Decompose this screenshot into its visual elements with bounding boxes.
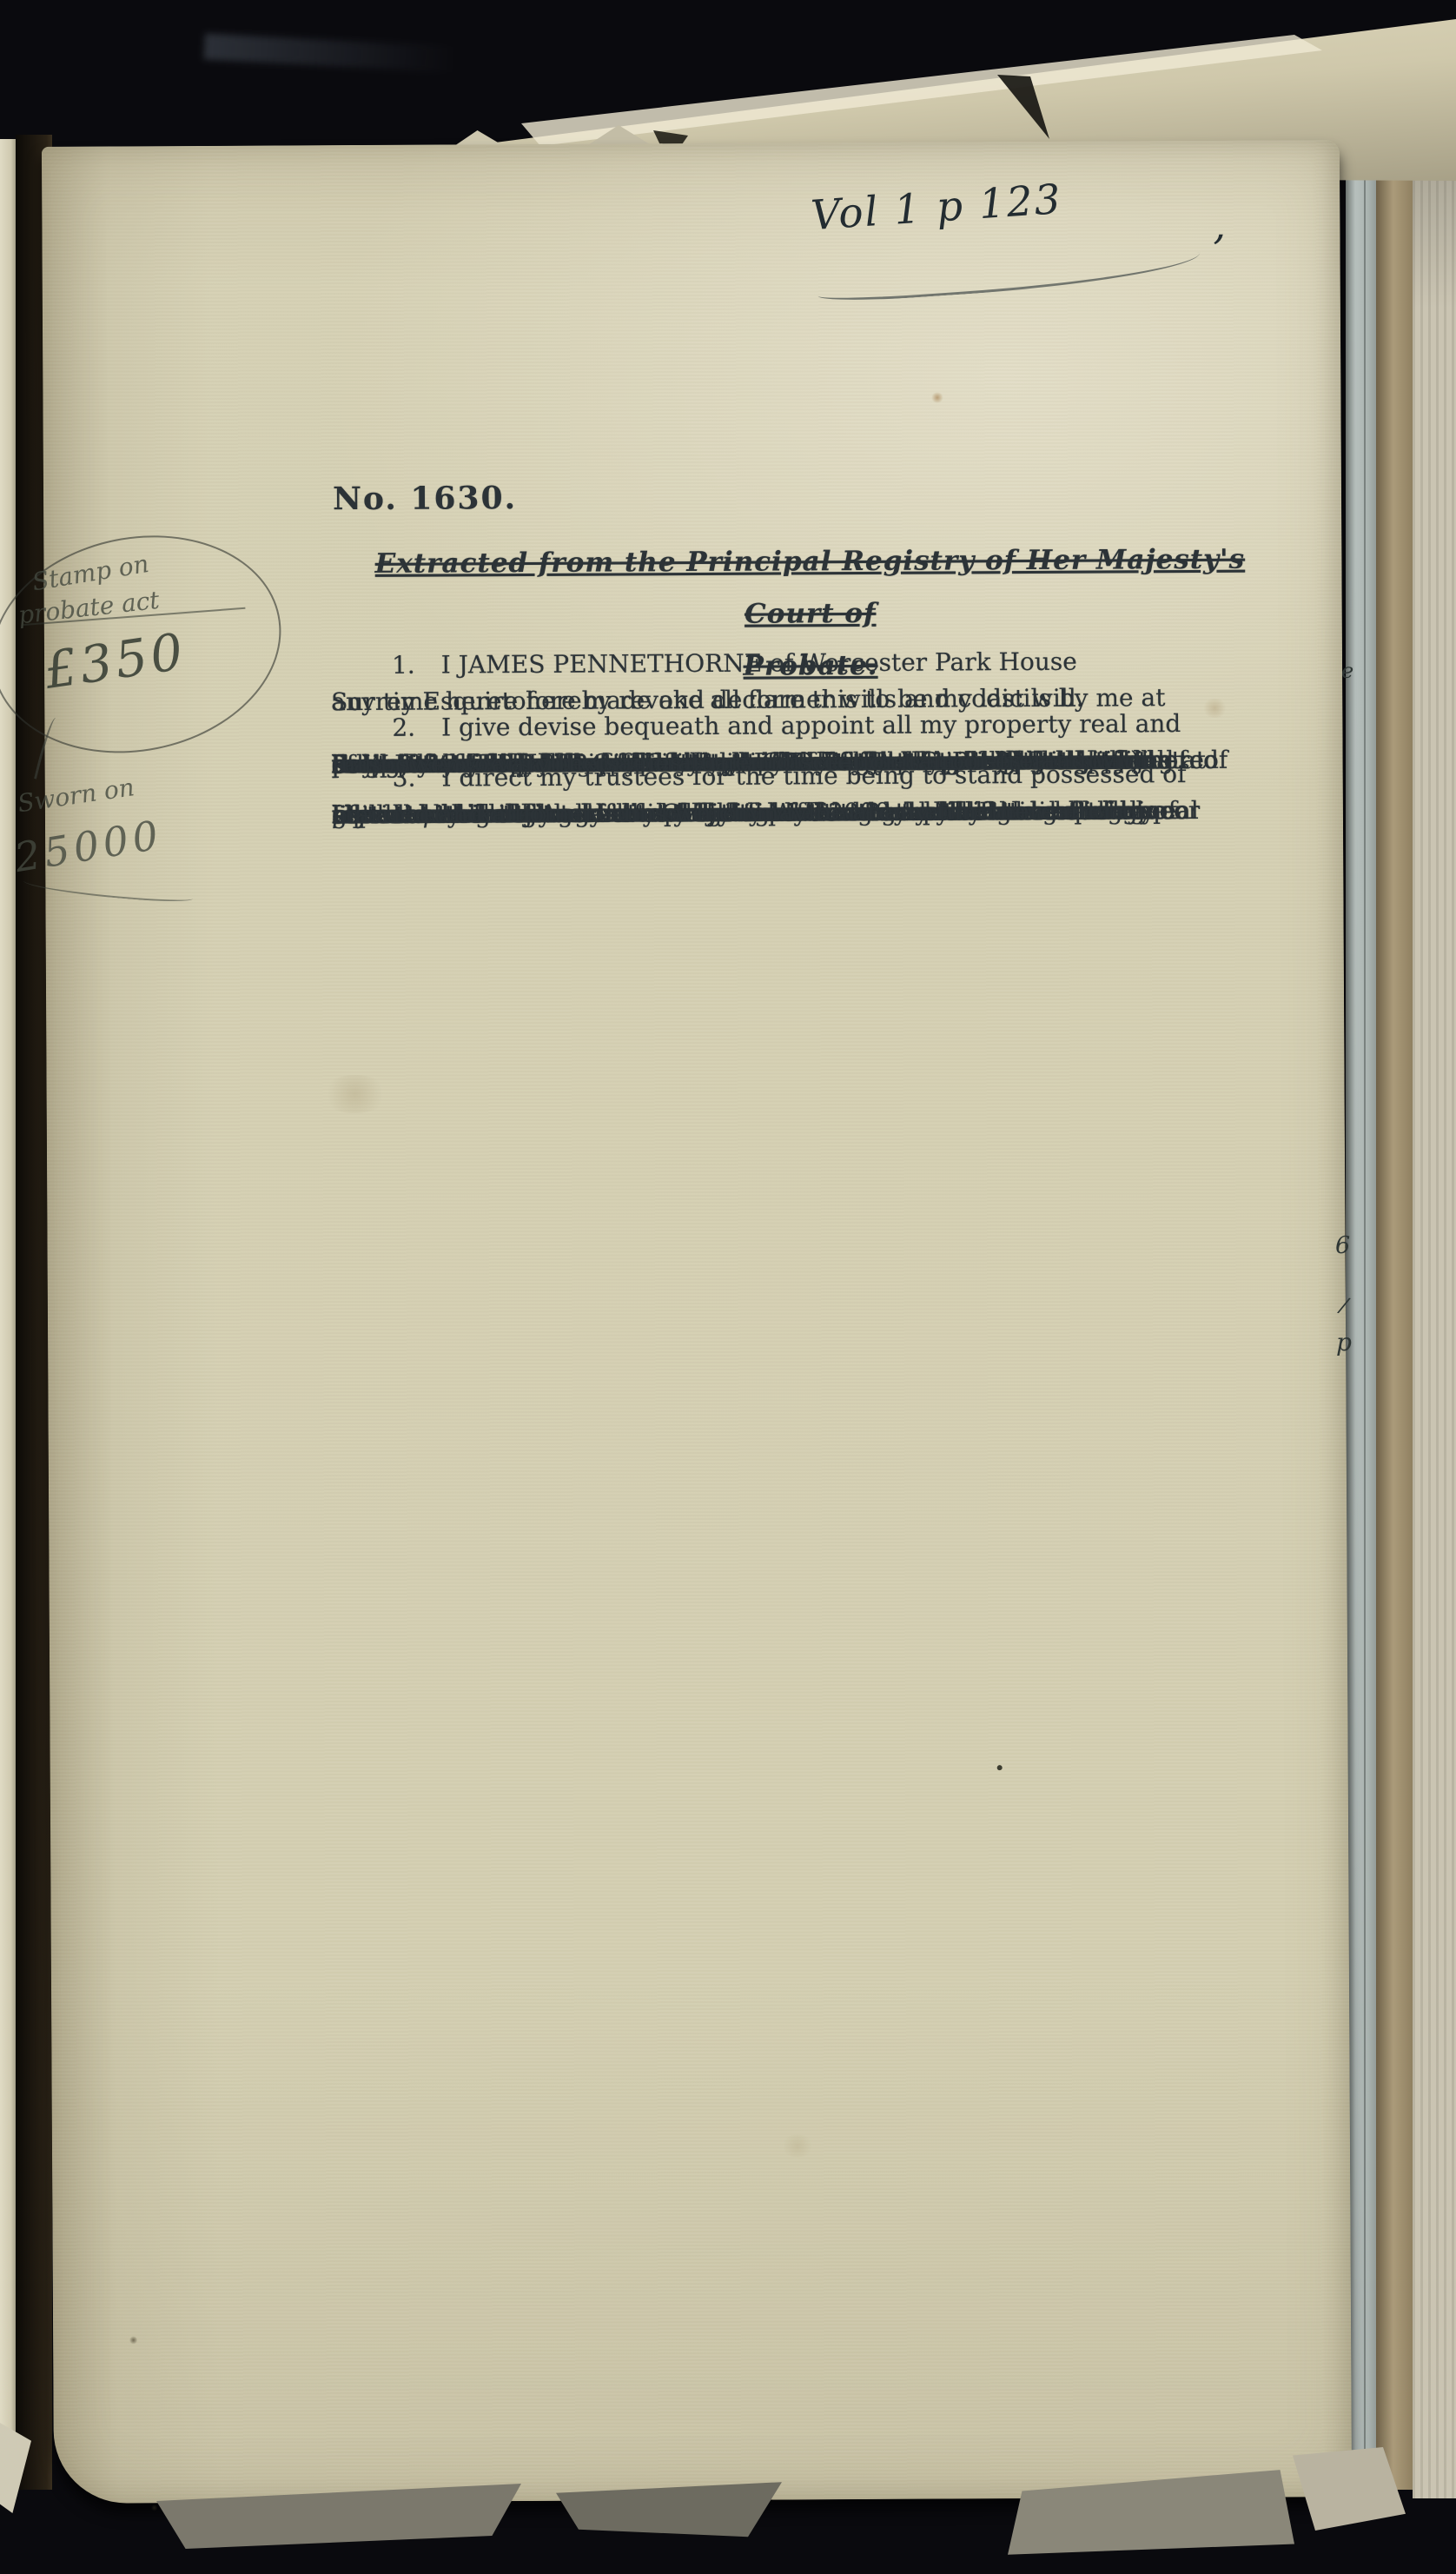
will-document-page: Vol 1 p 123 , Stamp on probate act £350 … (42, 140, 1352, 2504)
paper-speck (997, 1765, 1003, 1770)
paper-speck (129, 2336, 137, 2344)
edge-mark-p: p (1336, 1328, 1352, 1357)
scan-glare (203, 33, 456, 72)
text-segment: I give devise bequeath and appoint all m… (441, 706, 1181, 746)
text-segment: I direct my trustees for the time being … (441, 756, 1186, 796)
handwritten-comma: , (1213, 202, 1226, 249)
edge-mark-e: e (1341, 659, 1353, 683)
edge-mark-6: 6 (1335, 1232, 1350, 1259)
scanned-will-page: Vol 1 p 123 , Stamp on probate act £350 … (0, 0, 1456, 2574)
will-body-text: 1.I JAMES PENNETHORNE of Worcester Park … (331, 642, 1287, 797)
right-page-edge-tan (1376, 96, 1414, 2490)
paragraph-number: 1. (392, 651, 415, 680)
text-line: 1.I JAMES PENNETHORNE of Worcester Park … (331, 642, 1287, 684)
text-line: 2.I give devise bequeath and appoint all… (331, 705, 1287, 746)
paper-stain (321, 1075, 390, 1113)
right-cover-texture (1413, 30, 1456, 2498)
paragraph-3: 3.I direct my trustees for the time bein… (332, 755, 1287, 797)
paper-stain (930, 392, 943, 402)
paragraph-2: 2.I give devise bequeath and appoint all… (331, 705, 1287, 746)
text-line: 3.I direct my trustees for the time bein… (332, 755, 1287, 797)
text-segment: I JAMES PENNETHORNE of Worcester Park Ho… (441, 644, 1077, 684)
struck-heading-line1: Extracted from the Principal Registry of… (330, 533, 1290, 642)
paper-speck (151, 2504, 157, 2511)
document-number: No. 1630. (333, 480, 517, 517)
paper-stain (1201, 699, 1228, 718)
paper-texture (42, 140, 1352, 2504)
right-page-edge-grey (1346, 122, 1378, 2485)
paragraph-1: 1.I JAMES PENNETHORNE of Worcester Park … (331, 642, 1287, 684)
text-segment: married and all other sums which may be … (332, 793, 1189, 833)
paper-stain (780, 2134, 815, 2157)
